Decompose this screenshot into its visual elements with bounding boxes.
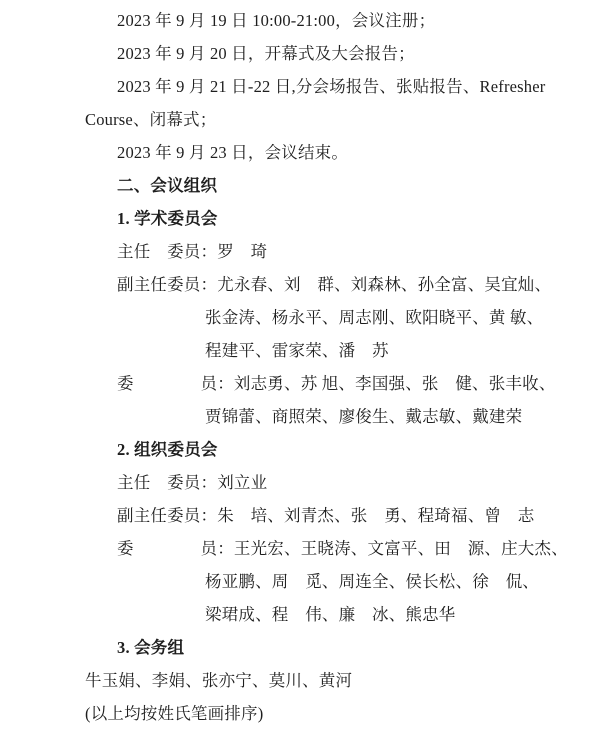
organizing-vice-chair-label: 副主任委员：	[117, 506, 217, 525]
organizing-chair-row: 主任 委员：刘立业	[85, 466, 563, 499]
academic-chair-names: 罗 琦	[217, 242, 267, 261]
academic-vice-chair-names-line-3: 程建平、雷家荣、潘 苏	[85, 334, 563, 367]
staff-group-names: 牛玉娟、李娟、张亦宁、莫川、黄河	[85, 664, 563, 697]
organizing-chair-names: 刘立业	[217, 473, 267, 492]
heading-staff-group: 3. 会务组	[85, 631, 563, 664]
organizing-vice-chair-names: 朱 培、刘青杰、张 勇、程琦福、曾 志	[217, 506, 534, 525]
academic-vice-chair-row: 副主任委员：尤永春、刘 群、刘森林、孙全富、吴宜灿、	[85, 268, 563, 301]
heading-academic-committee: 1. 学术委员会	[85, 202, 563, 235]
organizing-members-names-line-1: 王光宏、王晓涛、文富平、田 源、庄大杰、	[234, 539, 568, 558]
academic-chair-label: 主任 委员：	[117, 242, 217, 261]
organizing-chair-label: 主任 委员：	[117, 473, 217, 492]
document-page: 2023 年 9 月 19 日 10:00-21:00，会议注册； 2023 年…	[0, 0, 603, 731]
heading-organizing-committee: 2. 组织委员会	[85, 433, 563, 466]
schedule-line-registration: 2023 年 9 月 19 日 10:00-21:00，会议注册；	[85, 4, 563, 37]
academic-vice-chair-names-line-1: 尤永春、刘 群、刘森林、孙全富、吴宜灿、	[217, 275, 551, 294]
organizing-members-names-line-3: 梁珺成、程 伟、廉 冰、熊忠华	[85, 598, 563, 631]
sorting-note: (以上均按姓氏笔画排序)	[85, 697, 563, 730]
schedule-line-sessions: 2023 年 9 月 21 日-22 日,分会场报告、张贴报告、Refreshe…	[85, 70, 563, 103]
organizing-members-row: 委 员：王光宏、王晓涛、文富平、田 源、庄大杰、	[85, 532, 563, 565]
academic-vice-chair-label: 副主任委员：	[117, 275, 217, 294]
academic-chair-row: 主任 委员：罗 琦	[85, 235, 563, 268]
section-heading-organization: 二、会议组织	[85, 169, 563, 202]
organizing-vice-chair-row: 副主任委员：朱 培、刘青杰、张 勇、程琦福、曾 志	[85, 499, 563, 532]
schedule-line-sessions-wrap: Course、闭幕式；	[85, 103, 563, 136]
organizing-members-label: 委 员：	[117, 539, 234, 558]
academic-members-names-line-1: 刘志勇、苏 旭、李国强、张 健、张丰收、	[234, 374, 556, 393]
academic-members-names-line-2: 贾锦蕾、商照荣、廖俊生、戴志敏、戴建荣	[85, 400, 563, 433]
schedule-line-closing: 2023 年 9 月 23 日，会议结束。	[85, 136, 563, 169]
academic-members-row: 委 员：刘志勇、苏 旭、李国强、张 健、张丰收、	[85, 367, 563, 400]
academic-members-label: 委 员：	[117, 374, 234, 393]
organizing-members-names-line-2: 杨亚鹏、周 觅、周连全、侯长松、徐 侃、	[85, 565, 563, 598]
academic-vice-chair-names-line-2: 张金涛、杨永平、周志刚、欧阳晓平、黄 敏、	[85, 301, 563, 334]
schedule-line-opening: 2023 年 9 月 20 日，开幕式及大会报告；	[85, 37, 563, 70]
